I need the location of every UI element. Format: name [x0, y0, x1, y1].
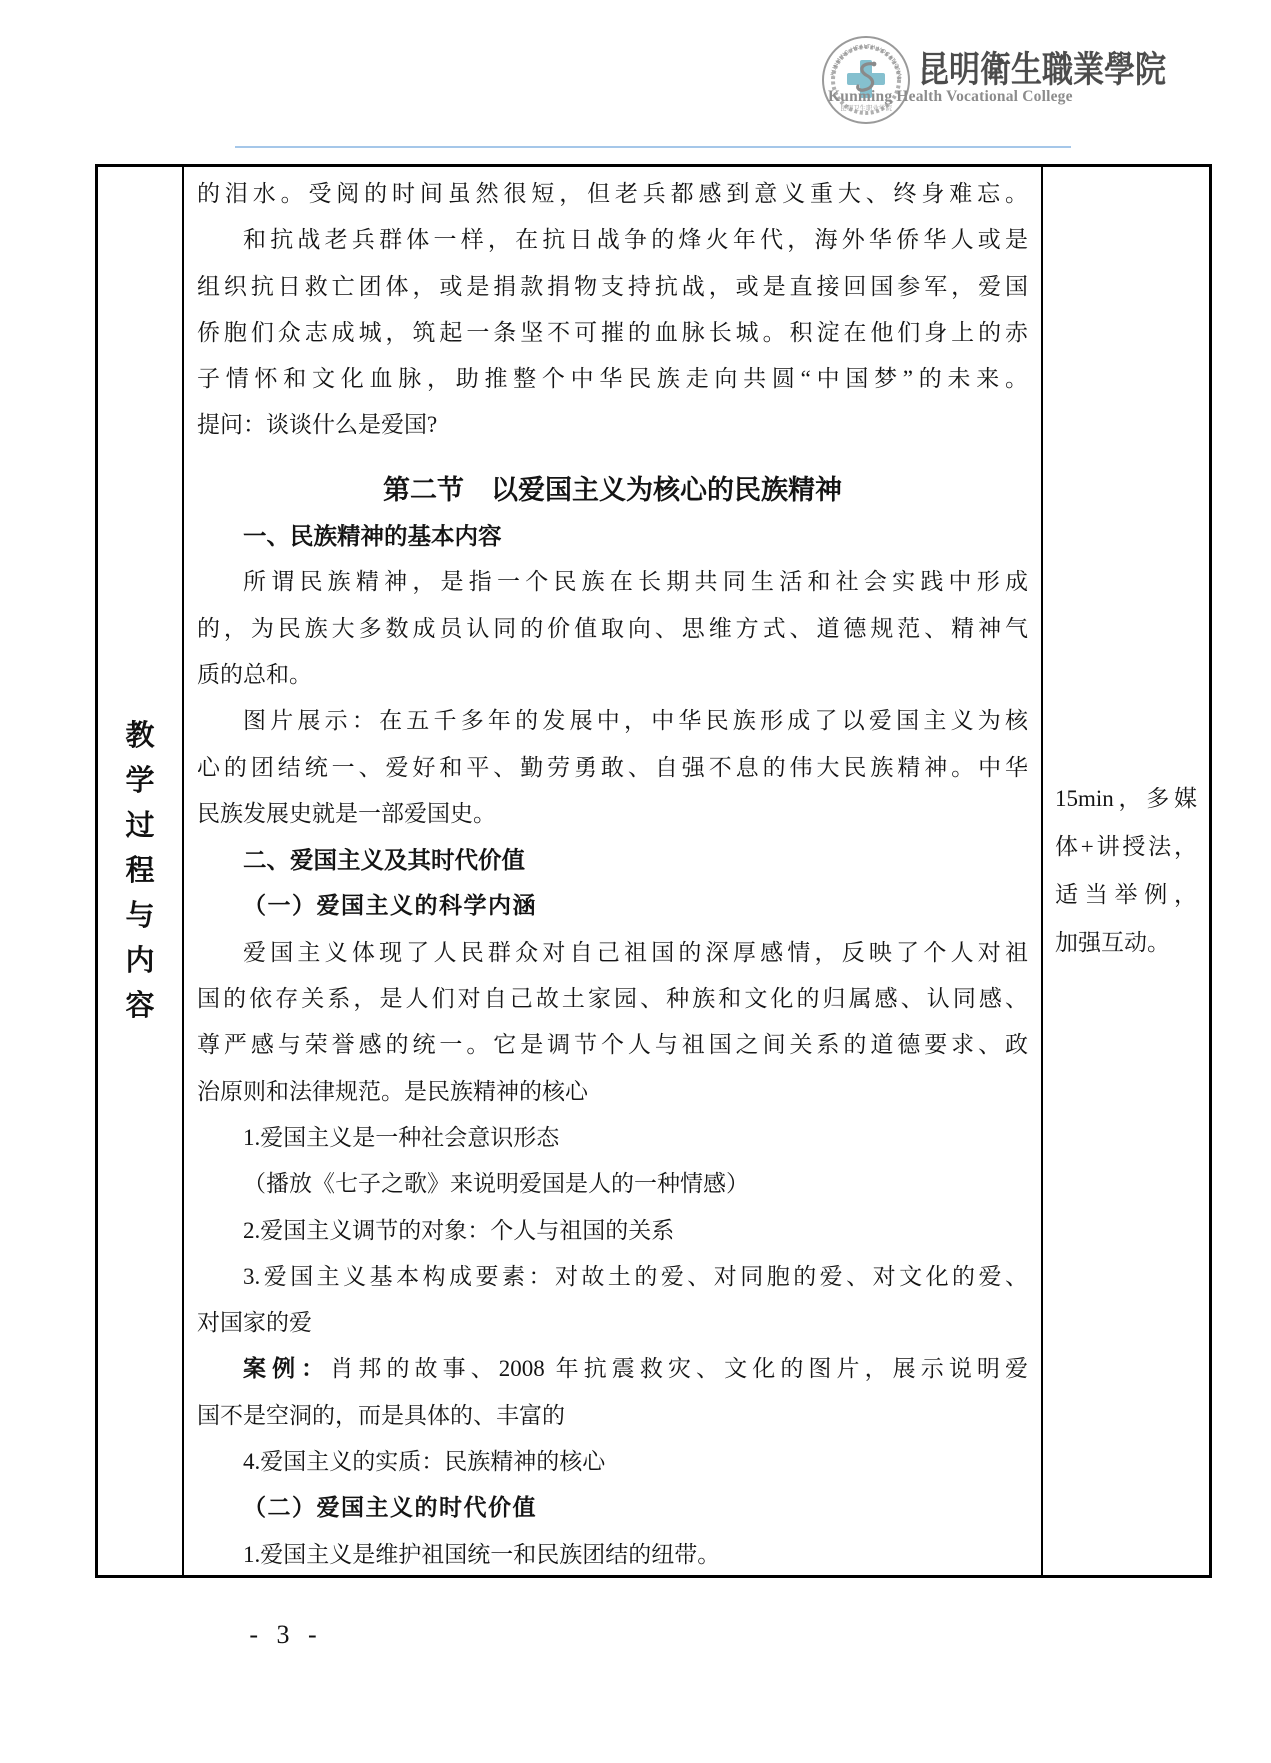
- content-line: （二）爱国主义的时代价值: [197, 1485, 1028, 1531]
- content-line: 1.爱国主义是一种社会意识形态: [197, 1115, 1028, 1161]
- method-notes-column: 15min，多媒体+讲授法，适当举例，加强互动。: [1041, 167, 1209, 1575]
- college-seal-icon: KUNMING HEALTH VOCATIONAL COLLEGE 昆明卫生职业…: [820, 34, 912, 126]
- content-line: 国不是空洞的，而是具体的、丰富的: [197, 1393, 1028, 1439]
- content-line: 侨胞们众志成城，筑起一条坚不可摧的血脉长城。积淀在他们身上的赤: [197, 310, 1028, 356]
- teaching-process-label-char: 程: [125, 849, 154, 894]
- content-line: 和抗战老兵群体一样，在抗日战争的烽火年代，海外华侨华人或是: [197, 217, 1028, 263]
- content-line: 1.爱国主义是维护祖国统一和民族团结的纽带。: [197, 1532, 1028, 1575]
- method-note-line: 适当举例，: [1055, 871, 1197, 919]
- content-line: 对国家的爱: [197, 1300, 1028, 1346]
- content-line: 民族发展史就是一部爱国史。: [197, 791, 1028, 837]
- method-note-line: 体+讲授法，: [1055, 823, 1197, 871]
- content-line: 4.爱国主义的实质：民族精神的核心: [197, 1439, 1028, 1485]
- content-line: 心的团结统一、爱好和平、勤劳勇敢、自强不息的伟大民族精神。中华: [197, 745, 1028, 791]
- content-line: 子情怀和文化血脉，助推整个中华民族走向共圆“中国梦”的未来。: [197, 356, 1028, 402]
- lesson-plan-table: 教学过程与内容 的泪水。受阅的时间虽然很短，但老兵都感到意义重大、终身难忘。和抗…: [95, 164, 1212, 1578]
- teaching-process-label-char: 教: [125, 714, 154, 759]
- content-line: 组织抗日救亡团体，或是捐款捐物支持抗战，或是直接回国参军，爱国: [197, 264, 1028, 310]
- college-name-en: Kunming Health Vocational College: [828, 88, 1088, 106]
- content-line: 图片展示：在五千多年的发展中，中华民族形成了以爱国主义为核: [197, 698, 1028, 744]
- content-line: 案例：肖邦的故事、2008 年抗震救灾、文化的图片，展示说明爱: [197, 1346, 1028, 1392]
- content-line: 治原则和法律规范。是民族精神的核心: [197, 1069, 1028, 1115]
- content-line: （播放《七子之歌》来说明爱国是人的一种情感）: [197, 1161, 1028, 1207]
- content-line: 2.爱国主义调节的对象：个人与祖国的关系: [197, 1208, 1028, 1254]
- page: { "header": { "college_name_zh": "昆明衛生職業…: [0, 0, 1271, 1763]
- content-line: 一、民族精神的基本内容: [197, 513, 1028, 559]
- teaching-process-label-char: 学: [125, 759, 154, 804]
- content-line: 提问：谈谈什么是爱国?: [197, 402, 1028, 448]
- content-line: 3.爱国主义基本构成要素：对故土的爱、对同胞的爱、对文化的爱、: [197, 1254, 1028, 1300]
- content-line: （一）爱国主义的科学内涵: [197, 883, 1028, 929]
- teaching-process-label-char: 与: [125, 894, 154, 939]
- teaching-process-label-char: 容: [125, 984, 154, 1029]
- content-line: 尊严感与荣誉感的统一。它是调节个人与祖国之间关系的道德要求、政: [197, 1022, 1028, 1068]
- method-note-line: 15min，多媒: [1055, 775, 1197, 823]
- content-line: 的泪水。受阅的时间虽然很短，但老兵都感到意义重大、终身难忘。: [197, 171, 1028, 217]
- content-line: 国的依存关系，是人们对自己故土家园、种族和文化的归属感、认同感、: [197, 976, 1028, 1022]
- header-divider: [235, 146, 1071, 148]
- content-line: 所谓民族精神，是指一个民族在长期共同生活和社会实践中形成: [197, 559, 1028, 605]
- college-name-zh: 昆明衛生職業學院: [918, 40, 1168, 92]
- content-line: 二、爱国主义及其时代价值: [197, 837, 1028, 883]
- section-title: 第二节 以爱国主义为核心的民族精神: [197, 467, 1028, 513]
- method-note-line: 加强互动。: [1055, 919, 1197, 967]
- case-label: 案例：: [243, 1356, 330, 1381]
- page-number: - 3 -: [228, 1620, 344, 1650]
- teaching-process-label-char: 内: [125, 939, 154, 984]
- content-column: 的泪水。受阅的时间虽然很短，但老兵都感到意义重大、终身难忘。和抗战老兵群体一样，…: [184, 167, 1041, 1575]
- teaching-process-column: 教学过程与内容: [98, 167, 184, 1575]
- content-line: 的，为民族大多数成员认同的价值取向、思维方式、道德规范、精神气: [197, 606, 1028, 652]
- content-line: 质的总和。: [197, 652, 1028, 698]
- content-line: 爱国主义体现了人民群众对自己祖国的深厚感情，反映了个人对祖: [197, 930, 1028, 976]
- teaching-process-label-char: 过: [125, 804, 154, 849]
